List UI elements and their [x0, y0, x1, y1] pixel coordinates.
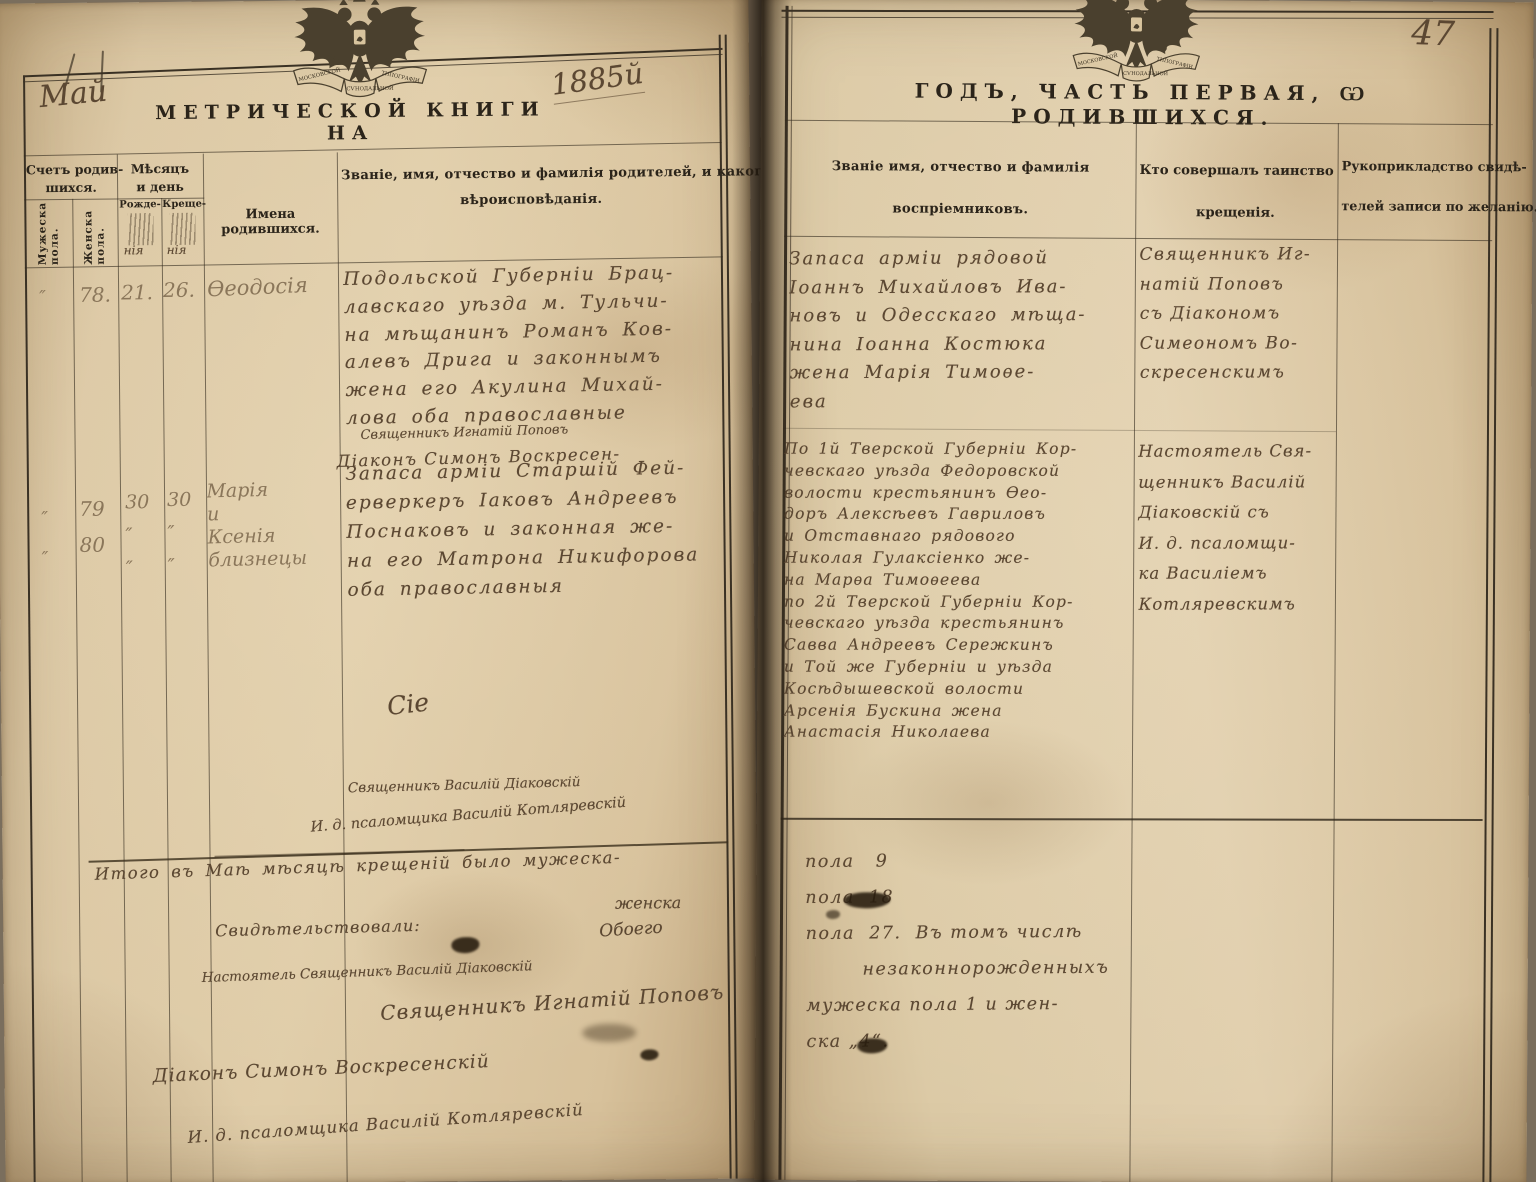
- entry2-officiant-text: Настоятель Свя- щенникъ Василій Діаковск…: [1138, 436, 1312, 619]
- entry2-clergy-signature-2: И. д. псаломщика Василій Котляревскій: [310, 795, 627, 836]
- header-names-of-born: Имена родившихся.: [205, 206, 335, 237]
- entry1-officiant-text: Священникъ Иг- натій Поповъ съ Діакономъ…: [1139, 240, 1311, 388]
- summary-signature-rector: Настоятель Священникъ Василій Діаковскій: [201, 958, 532, 986]
- margin-month-note: Май: [38, 74, 109, 115]
- left-page-left-border: [23, 75, 36, 1182]
- imperial-eagle-emblem: МОСКОВСКОЙ СѴНОДАЛЬНОЙ ТИПОГРАФІИ: [1061, 0, 1212, 88]
- summary-counts-text: пола 9 пола 18 пола 27. Въ томъ числѣ не…: [805, 842, 1110, 1060]
- entry2-child-names: Марія и Ксенія близнецы: [206, 478, 307, 573]
- column-line: [203, 154, 214, 1182]
- entry1-godparents-text: Запаса арміи рядовой Іоаннъ Михайловъ Ив…: [789, 244, 1087, 416]
- entry2-male-number: ″ ″: [41, 499, 49, 579]
- column-line: [1331, 123, 1339, 1182]
- metrical-book-scan: МОСКОВСКОЙ СѴНОДАЛЬНОЙ ТИПОГРАФІИ Май МЕ…: [0, 0, 1536, 1182]
- entry1-birth-day: 21.: [121, 280, 153, 304]
- book-gutter: [732, 0, 792, 1182]
- ink-blot: [640, 1049, 658, 1060]
- column-line: [72, 199, 83, 1182]
- entry-separator-line: [783, 428, 1336, 433]
- header-godparents: Званіе имя, отчество и фамилія воспріемн…: [800, 146, 1121, 232]
- page-number: 47: [1411, 13, 1456, 55]
- column-line: [161, 198, 172, 1182]
- entry1-female-number: 78.: [79, 283, 111, 307]
- entry2-female-number: 79 80: [79, 491, 105, 563]
- header-month-and-day: Мѣсяцъ и день: [119, 160, 201, 197]
- left-page: МОСКОВСКОЙ СѴНОДАЛЬНОЙ ТИПОГРАФІИ Май МЕ…: [0, 0, 760, 1182]
- column-line: [1129, 122, 1137, 1182]
- right-page: МОСКОВСКОЙ СѴНОДАЛЬНОЙ ТИПОГРАФІИ 47 ГОД…: [754, 0, 1533, 1182]
- entry1-child-name: Ѳеодосія: [207, 273, 309, 301]
- header-parents-info: Званіе, имя, отчество и фамилія родителе…: [341, 160, 721, 216]
- header-male-sex: Мужеска пола.: [36, 203, 61, 265]
- header-birth-day: Рожде-: [119, 199, 159, 210]
- header-witnesses: Рукоприкладство свидѣ- телей записи по ж…: [1341, 147, 1487, 228]
- summary-signature-priest: Священникъ Игнатій Поповъ: [380, 980, 725, 1025]
- summary-attest-label: Свидѣтельствовали:: [215, 916, 421, 941]
- summary-female-label: женска: [615, 893, 681, 913]
- entry2-baptism-day: 30 ″ ″: [167, 484, 192, 583]
- entry2-ink-flourish: Сіе: [386, 687, 431, 721]
- ink-smudge: [582, 1024, 636, 1043]
- header-bottom-line: [784, 236, 1492, 242]
- entry2-birth-day: 30 ″ ″: [125, 486, 150, 585]
- header-birth-day-suffix: нія: [124, 243, 144, 257]
- header-baptism-day-suffix: нія: [167, 243, 187, 257]
- entry1-male-number: ″: [39, 287, 46, 308]
- header-officiant: Кто совершалъ таинство крещенія.: [1139, 150, 1332, 235]
- year-handwritten: 1885й: [549, 56, 646, 105]
- entry1-baptism-day: 26.: [163, 278, 195, 302]
- header-baptism-scribble: [169, 213, 195, 245]
- header-baptism-day: Креще-: [162, 199, 202, 210]
- header-birth-scribble: [127, 213, 153, 245]
- column-line: [117, 154, 128, 1182]
- ink-blot: [451, 937, 479, 953]
- table-top-line: [24, 142, 722, 157]
- entry2-godparents-text: По 1й Тверской Губерніи Кор- чевскаго уѣ…: [784, 439, 1077, 744]
- summary-signature-deacon: Діаконъ Симонъ Воскресенскій: [152, 1051, 490, 1087]
- header-female-sex: Женска пола.: [82, 203, 107, 265]
- entry2-clergy-signature-1: Священникъ Василій Діаковскій: [348, 774, 581, 796]
- entry2-parents-text: Запаса арміи Старшій Фей- ерверкеръ Іако…: [345, 453, 700, 604]
- header-count-of-born: Счетъ родив- шихся.: [26, 160, 116, 197]
- imperial-eagle-emblem: МОСКОВСКОЙ СѴНОДАЛЬНОЙ ТИПОГРАФІИ: [280, 0, 439, 105]
- summary-signature-psalmist: И. д. псаломщика Василій Котляревскій: [187, 1100, 584, 1147]
- entry1-parents-text: Подольской Губерніи Брац- лавскаго уѣзда…: [343, 259, 677, 432]
- left-page-title: МЕТРИЧЕСКОЙ КНИГИ НА: [135, 98, 565, 146]
- summary-both-label: Обоего: [599, 918, 664, 942]
